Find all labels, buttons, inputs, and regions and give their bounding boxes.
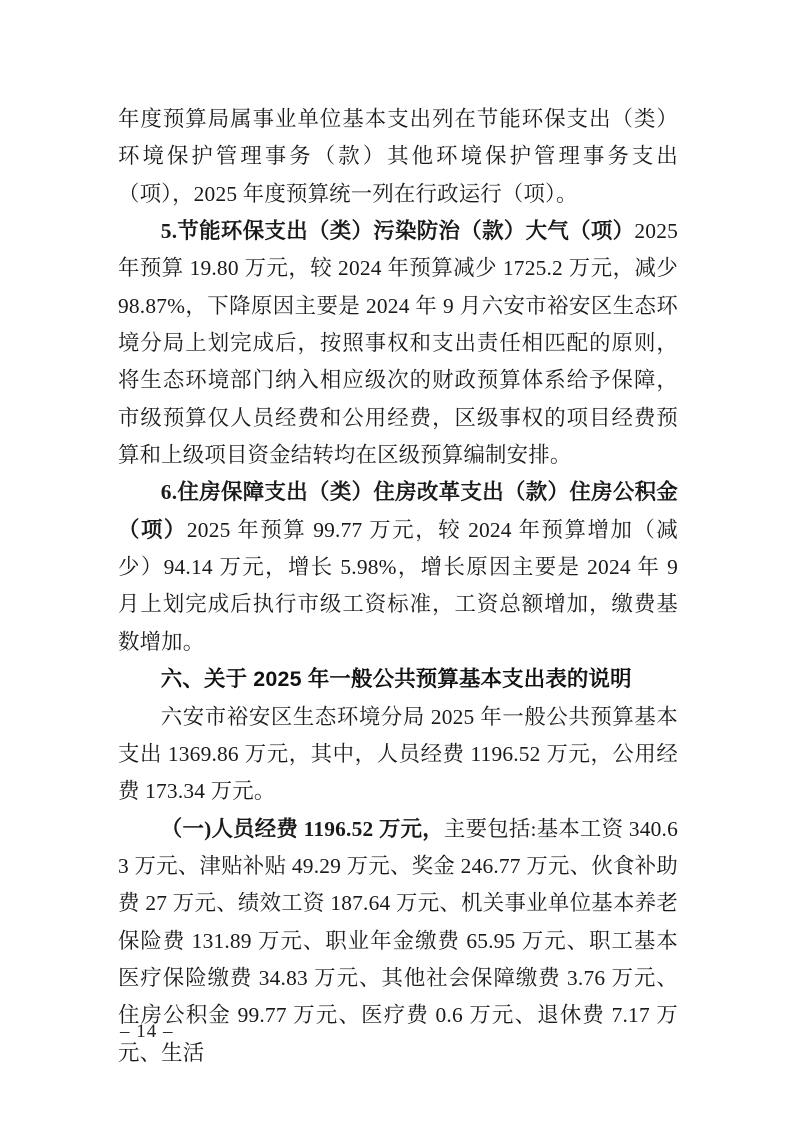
document-page: 年度预算局属事业单位基本支出列在节能环保支出（类）环境保护管理事务（款）其他环境… [0,0,793,1122]
section-heading-text: 六、关于 2025 年一般公共预算基本支出表的说明 [161,667,632,691]
section-heading-six: 六、关于 2025 年一般公共预算基本支出表的说明 [118,661,678,698]
document-body: 年度预算局属事业单位基本支出列在节能环保支出（类）环境保护管理事务（款）其他环境… [118,101,678,1072]
paragraph-bold-lead: （一)人员经费 1196.52 万元， [161,817,444,841]
paragraph-text: 六安市裕安区生态环境分局 2025 年一般公共预算基本支出 1369.86 万元… [118,705,678,804]
paragraph-basic-expenditure-summary: 六安市裕安区生态环境分局 2025 年一般公共预算基本支出 1369.86 万元… [118,699,678,811]
paragraph-text: 年度预算局属事业单位基本支出列在节能环保支出（类）环境保护管理事务（款）其他环境… [118,107,678,206]
paragraph-text: 2025 年预算 99.77 万元，较 2024 年预算增加（减少）94.14 … [118,518,678,654]
paragraph-budget-continuation: 年度预算局属事业单位基本支出列在节能环保支出（类）环境保护管理事务（款）其他环境… [118,101,678,213]
paragraph-personnel-expense-detail: （一)人员经费 1196.52 万元，主要包括:基本工资 340.63 万元、津… [118,811,678,1072]
paragraph-item5-energy-environment: 5.节能环保支出（类）污染防治（款）大气（项）2025 年预算 19.80 万元… [118,213,678,474]
paragraph-item6-housing-security: 6.住房保障支出（类）住房改革支出（款）住房公积金（项）2025 年预算 99.… [118,474,678,661]
paragraph-text: 2025 年预算 19.80 万元，较 2024 年预算减少 1725.2 万元… [118,219,678,467]
page-number: – 14 – [120,1020,174,1044]
paragraph-bold-lead: 5.节能环保支出（类）污染防治（款）大气（项） [161,219,635,243]
paragraph-text: 主要包括:基本工资 340.63 万元、津贴补贴 49.29 万元、奖金 246… [118,817,678,1065]
page-number-text: – 14 – [120,1021,174,1042]
